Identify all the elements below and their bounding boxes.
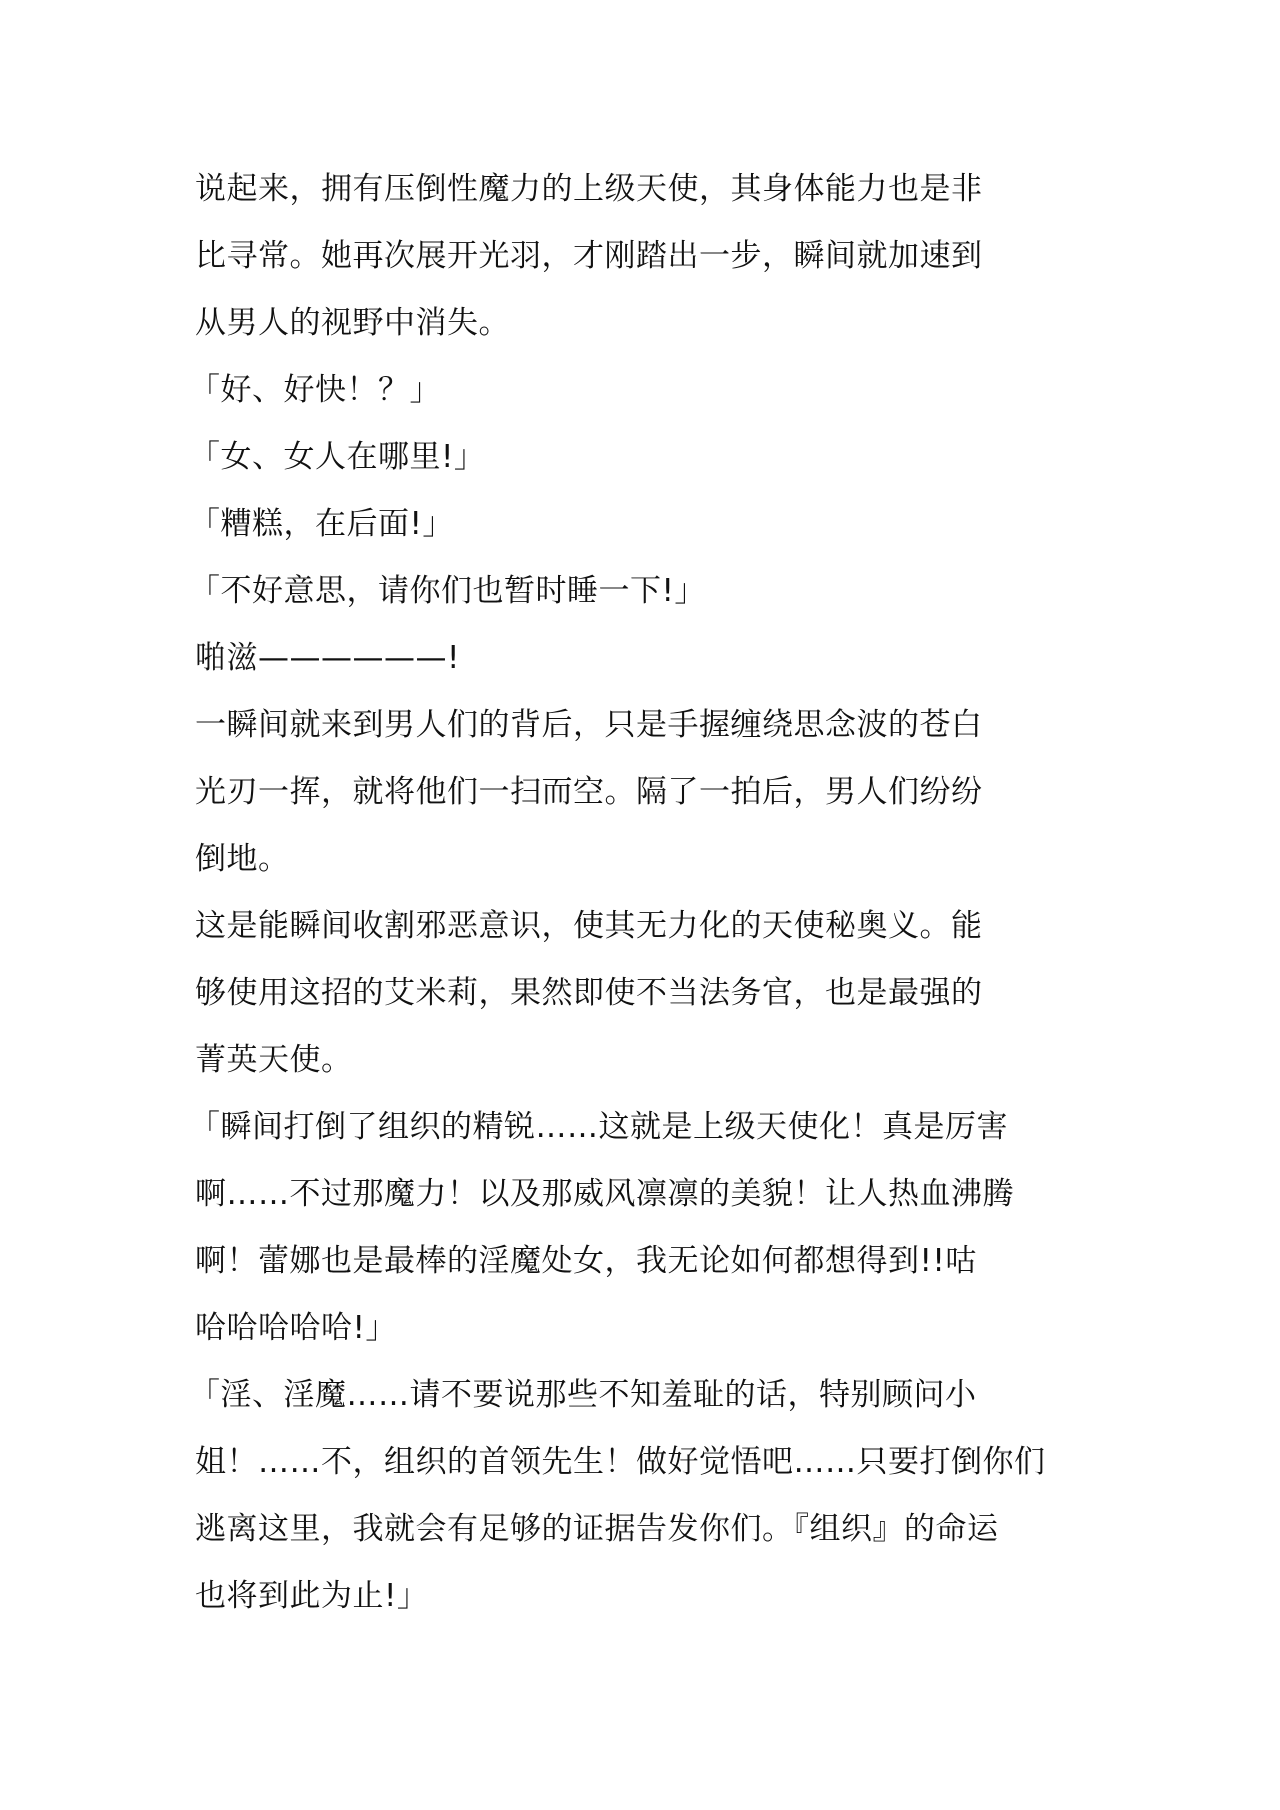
- dialogue-line: 「糟糕，在后面!」: [189, 498, 1095, 565]
- narration-line: 比寻常。她再次展开光羽，才刚踏出一步，瞬间就加速到: [195, 230, 1095, 297]
- dialogue-line: 啊……不过那魔力！以及那威风凛凛的美貌！让人热血沸腾: [195, 1168, 1095, 1235]
- dialogue-line: 「淫、淫魔……请不要说那些不知羞耻的话，特别顾问小: [189, 1369, 1095, 1436]
- narration-line: 说起来，拥有压倒性魔力的上级天使，其身体能力也是非: [195, 163, 1095, 230]
- narration-line: 菁英天使。: [195, 1034, 1095, 1101]
- dialogue-line: 逃离这里，我就会有足够的证据告发你们。『组织』的命运: [195, 1503, 1095, 1570]
- narration-line: 够使用这招的艾米莉，果然即使不当法务官，也是最强的: [195, 967, 1095, 1034]
- narration-line: 一瞬间就来到男人们的背后，只是手握缠绕思念波的苍白: [195, 699, 1095, 766]
- dialogue-line: 哈哈哈哈哈!」: [195, 1302, 1095, 1369]
- dialogue-line: 「不好意思，请你们也暂时睡一下!」: [189, 565, 1095, 632]
- narration-line: 光刃一挥，就将他们一扫而空。隔了一拍后，男人们纷纷: [195, 766, 1095, 833]
- dialogue-line: 「女、女人在哪里!」: [189, 431, 1095, 498]
- narration-line: 倒地。: [195, 833, 1095, 900]
- sound-effect-line: 啪滋——————!: [195, 632, 1095, 699]
- dialogue-line: 啊！蕾娜也是最棒的淫魔处女，我无论如何都想得到!!咕: [195, 1235, 1095, 1302]
- dialogue-line: 姐！……不，组织的首领先生！做好觉悟吧……只要打倒你们: [195, 1436, 1095, 1503]
- document-page: 说起来，拥有压倒性魔力的上级天使，其身体能力也是非 比寻常。她再次展开光羽，才刚…: [195, 163, 1095, 1637]
- narration-line: 这是能瞬间收割邪恶意识，使其无力化的天使秘奥义。能: [195, 900, 1095, 967]
- narration-line: 从男人的视野中消失。: [195, 297, 1095, 364]
- dialogue-line: 也将到此为止!」: [195, 1570, 1095, 1637]
- dialogue-line: 「瞬间打倒了组织的精锐……这就是上级天使化！真是厉害: [189, 1101, 1095, 1168]
- dialogue-line: 「好、好快！？」: [189, 364, 1095, 431]
